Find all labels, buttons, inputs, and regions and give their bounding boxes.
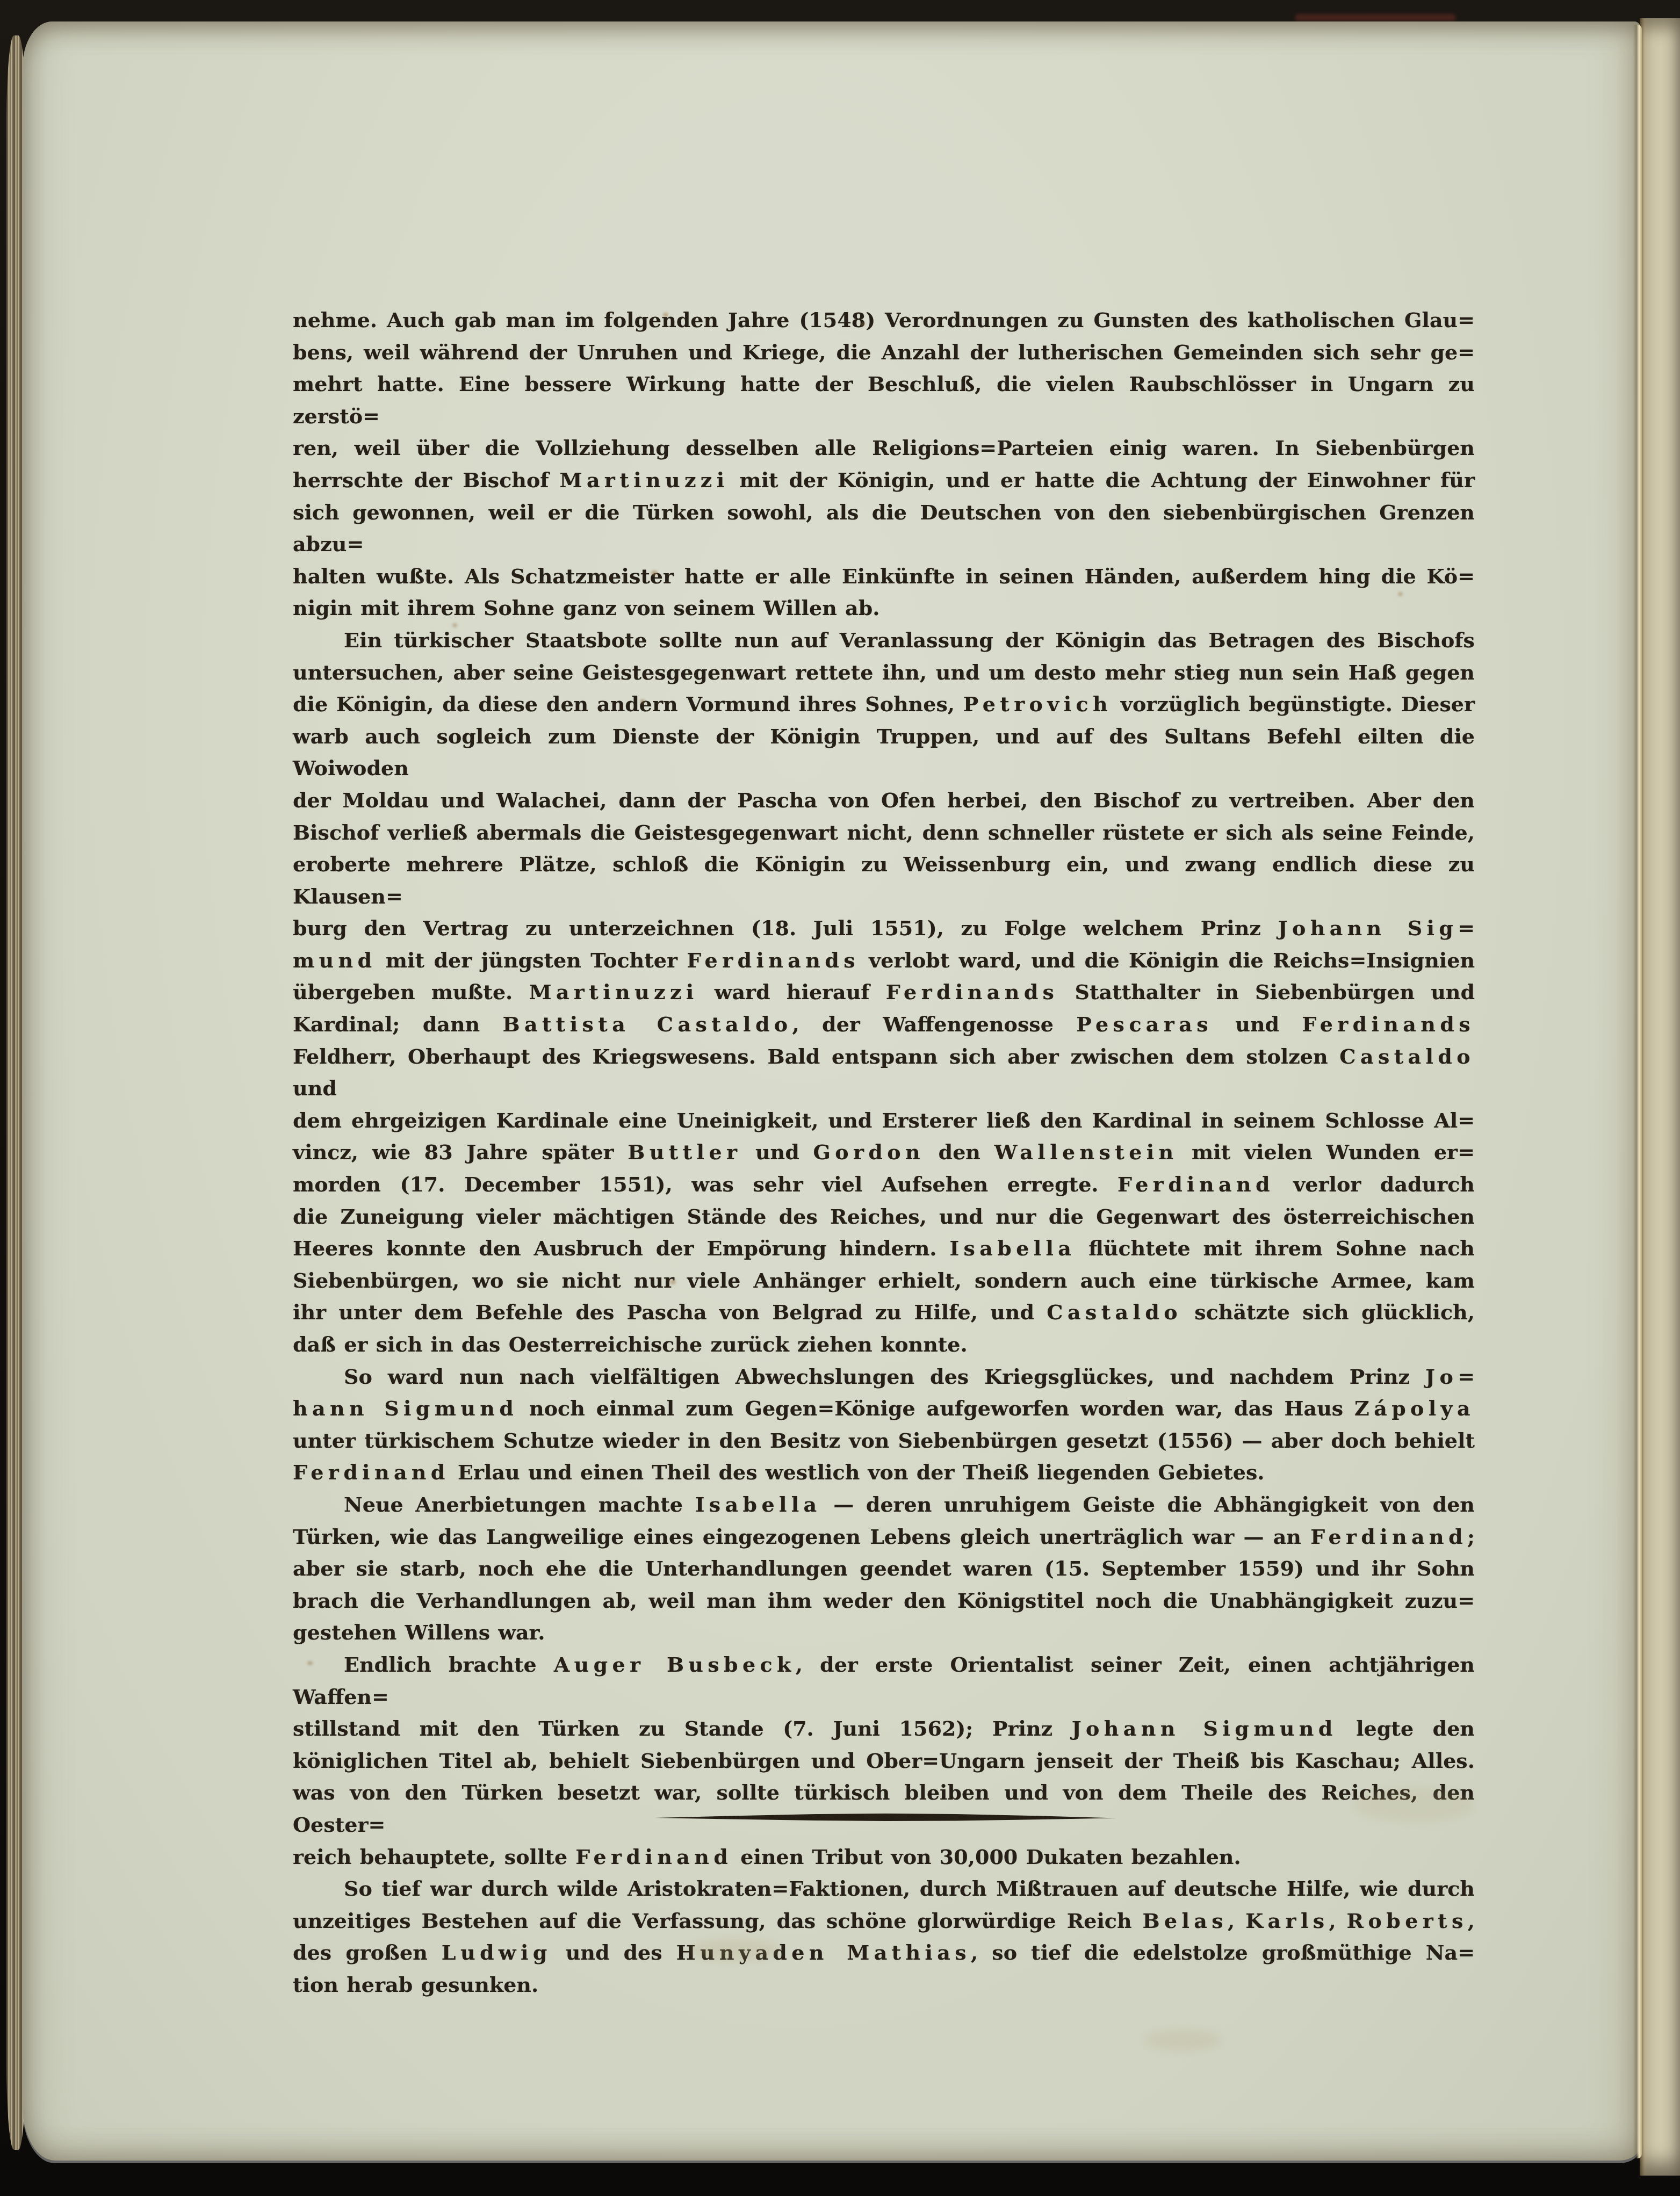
letterspaced-name: Ludwig <box>442 1940 552 1964</box>
text-line: vincz, wie 83 Jahre später Buttler und G… <box>293 1136 1475 1168</box>
text-line: hann Sigmund noch einmal zum Gegen=König… <box>293 1392 1475 1425</box>
letterspaced-name: Ferdinands <box>886 980 1059 1004</box>
letterspaced-name: hann Sigmund <box>293 1396 518 1420</box>
text-line: reich behauptete, sollte Ferdinand einen… <box>293 1841 1475 1873</box>
body-text: nehme. Auch gab man im folgenden Jahre (… <box>293 304 1475 2000</box>
text-line: Heeres konnte den Ausbruch der Empörung … <box>293 1232 1475 1265</box>
letterspaced-name: Martinuzzi <box>529 980 698 1004</box>
letterspaced-name: Ferdinands <box>1302 1012 1475 1036</box>
text-line: übergeben mußte. Martinuzzi ward hierauf… <box>293 976 1475 1008</box>
letterspaced-name: Zápolya <box>1354 1396 1475 1420</box>
foxing-spot <box>1398 592 1403 596</box>
text-line: halten wußte. Als Schatzmeister hatte er… <box>293 560 1475 593</box>
letterspaced-name: Wallenstein <box>994 1140 1178 1164</box>
text-line: mehrt hatte. Eine bessere Wirkung hatte … <box>293 368 1475 432</box>
text-line: tion herab gesunken. <box>293 1969 1475 2001</box>
foxing-spot <box>640 699 645 704</box>
paper-smudge <box>1355 1789 1473 1821</box>
text-line: mund mit der jüngsten Tochter Ferdinands… <box>293 944 1475 977</box>
paragraph: So ward nun nach vielfältigen Abwechslun… <box>293 1361 1475 1489</box>
letterspaced-name: Belas <box>1142 1909 1228 1933</box>
scan-background: { "document": { "divider": "swelled-rule… <box>0 0 1680 2196</box>
letterspaced-name: Roberts <box>1347 1909 1468 1933</box>
text-line: Neue Anerbietungen machte Isabella — der… <box>293 1489 1475 1521</box>
text-line: königlichen Titel ab, behielt Siebenbürg… <box>293 1745 1475 1777</box>
text-line: daß er sich in das Oesterreichische zurü… <box>293 1328 1475 1361</box>
adjacent-page-edge <box>1640 18 1680 2176</box>
text-line: nigin mit ihrem Sohne ganz von seinem Wi… <box>293 592 1475 624</box>
letterspaced-name: mund <box>293 948 376 972</box>
letterspaced-name: Martinuzzi <box>559 468 729 492</box>
letterspaced-name: Castaldo <box>1339 1044 1475 1068</box>
paragraph: Ein türkischer Staatsbote sollte nun auf… <box>293 624 1475 1361</box>
text-line: ihr unter dem Befehle des Pascha von Bel… <box>293 1296 1475 1328</box>
letterspaced-name: Isabella <box>949 1236 1076 1260</box>
section-divider-rule <box>655 1812 1117 1822</box>
paper-smudge <box>689 1939 780 1961</box>
foxing-spot <box>307 1661 313 1665</box>
text-line: unter türkischem Schutze wieder in den B… <box>293 1425 1475 1457</box>
text-line: Ferdinand Erlau und einen Theil des west… <box>293 1456 1475 1489</box>
text-line: der Moldau und Walachei, dann der Pascha… <box>293 784 1475 817</box>
text-line: Bischof verließ abermals die Geistesgege… <box>293 817 1475 849</box>
paper-smudge <box>1145 2031 1221 2050</box>
paragraph: So tief war durch wilde Aristokraten=Fak… <box>293 1873 1475 2000</box>
text-line: Ein türkischer Staatsbote sollte nun auf… <box>293 624 1475 656</box>
letterspaced-name: Gordon <box>813 1140 925 1164</box>
text-line: Feldherr, Oberhaupt des Kriegswesens. Ba… <box>293 1041 1475 1104</box>
letterspaced-name: Ferdinand <box>1117 1172 1274 1196</box>
text-line: burg den Vertrag zu unterzeichnen (18. J… <box>293 912 1475 944</box>
foxing-spot <box>651 570 658 575</box>
paragraph: Endlich brachte Auger Busbeck, der erste… <box>293 1649 1475 1873</box>
text-line: warb auch sogleich zum Dienste der König… <box>293 720 1475 784</box>
text-line: die Zuneigung vieler mächtigen Stände de… <box>293 1201 1475 1233</box>
letterspaced-name: Pescaras <box>1076 1012 1213 1036</box>
letterspaced-name: Buttler <box>628 1140 741 1164</box>
letterspaced-name: Petrovich <box>963 692 1112 716</box>
text-line: So ward nun nach vielfältigen Abwechslun… <box>293 1361 1475 1393</box>
text-line: nehme. Auch gab man im folgenden Jahre (… <box>293 304 1475 336</box>
text-line: die Königin, da diese den andern Vormund… <box>293 688 1475 720</box>
letterspaced-name: Auger Busbeck <box>554 1652 796 1677</box>
text-line: bens, weil während der Unruhen und Krieg… <box>293 336 1475 369</box>
letterspaced-name: Ferdinand <box>293 1460 450 1484</box>
letterspaced-name: Johann Sig <box>1278 916 1458 940</box>
text-line: sich gewonnen, weil er die Türken sowohl… <box>293 496 1475 560</box>
text-line: stillstand mit den Türken zu Stande (7. … <box>293 1713 1475 1745</box>
text-line: herrschte der Bischof Martinuzzi mit der… <box>293 464 1475 496</box>
paragraph: nehme. Auch gab man im folgenden Jahre (… <box>293 304 1475 624</box>
gutter-fibre <box>1295 14 1456 21</box>
foxing-spot <box>670 1280 676 1284</box>
text-line: unzeitiges Bestehen auf die Verfassung, … <box>293 1905 1475 1937</box>
letterspaced-name: Ferdinand <box>1310 1525 1467 1549</box>
text-line: morden (17. December 1551), was sehr vie… <box>293 1168 1475 1201</box>
text-line: des großen Ludwig und des Hunyaden Mathi… <box>293 1937 1475 1969</box>
text-line: dem ehrgeizigen Kardinale eine Uneinigke… <box>293 1104 1475 1137</box>
letterspaced-name: Isabella <box>695 1492 821 1516</box>
foxing-spot <box>861 322 865 326</box>
letterspaced-name: Castaldo <box>1047 1300 1182 1324</box>
letterspaced-name: Karls <box>1245 1909 1329 1933</box>
text-line: Kardinal; dann Battista Castaldo, der Wa… <box>293 1008 1475 1041</box>
foxing-spot <box>663 313 668 317</box>
letterspaced-name: Johann Sigmund <box>1072 1716 1337 1740</box>
text-line: Türken, wie das Langweilige eines eingez… <box>293 1521 1475 1553</box>
text-line: eroberte mehrere Plätze, schloß die Köni… <box>293 848 1475 912</box>
foxing-spot <box>452 623 457 627</box>
text-line: aber sie starb, noch ehe die Unterhandlu… <box>293 1552 1475 1585</box>
text-line: untersuchen, aber seine Geistesgegenwart… <box>293 656 1475 689</box>
text-line: was von den Türken besetzt war, sollte t… <box>293 1776 1475 1840</box>
book-page: nehme. Auch gab man im folgenden Jahre (… <box>23 21 1641 2161</box>
letterspaced-name: Ferdinands <box>687 948 860 972</box>
text-line: Siebenbürgen, wo sie nicht nur viele Anh… <box>293 1265 1475 1297</box>
text-line: So tief war durch wilde Aristokraten=Fak… <box>293 1873 1475 1905</box>
text-line: Endlich brachte Auger Busbeck, der erste… <box>293 1649 1475 1713</box>
text-line: brach die Verhandlungen ab, weil man ihm… <box>293 1585 1475 1617</box>
letterspaced-name: Jo <box>1425 1364 1458 1389</box>
letterspaced-name: Ferdinand <box>575 1845 732 1869</box>
letterspaced-name: Battista Castaldo <box>502 1012 792 1036</box>
text-line: gestehen Willens war. <box>293 1616 1475 1649</box>
paragraph: Neue Anerbietungen machte Isabella — der… <box>293 1489 1475 1649</box>
text-line: ren, weil über die Vollziehung desselben… <box>293 432 1475 464</box>
